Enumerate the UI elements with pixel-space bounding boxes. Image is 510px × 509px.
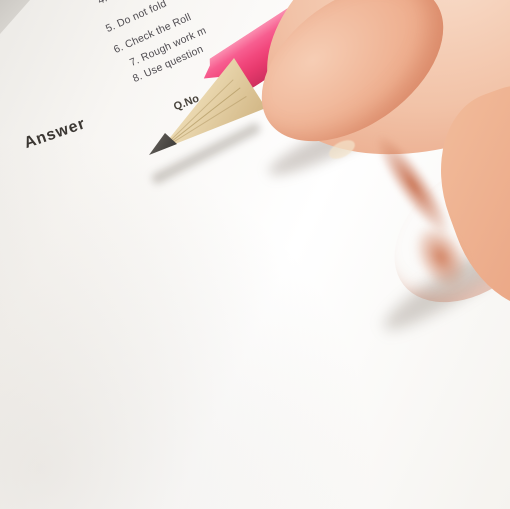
instruction-line: 4. Do not — [96, 0, 141, 7]
answer-header-label: Answer — [22, 115, 88, 153]
paper-corner-edge — [0, 0, 34, 38]
photo-omr-answer-sheet: 4. Do not 5. Do not fold 6. Check the Ro… — [0, 0, 510, 509]
